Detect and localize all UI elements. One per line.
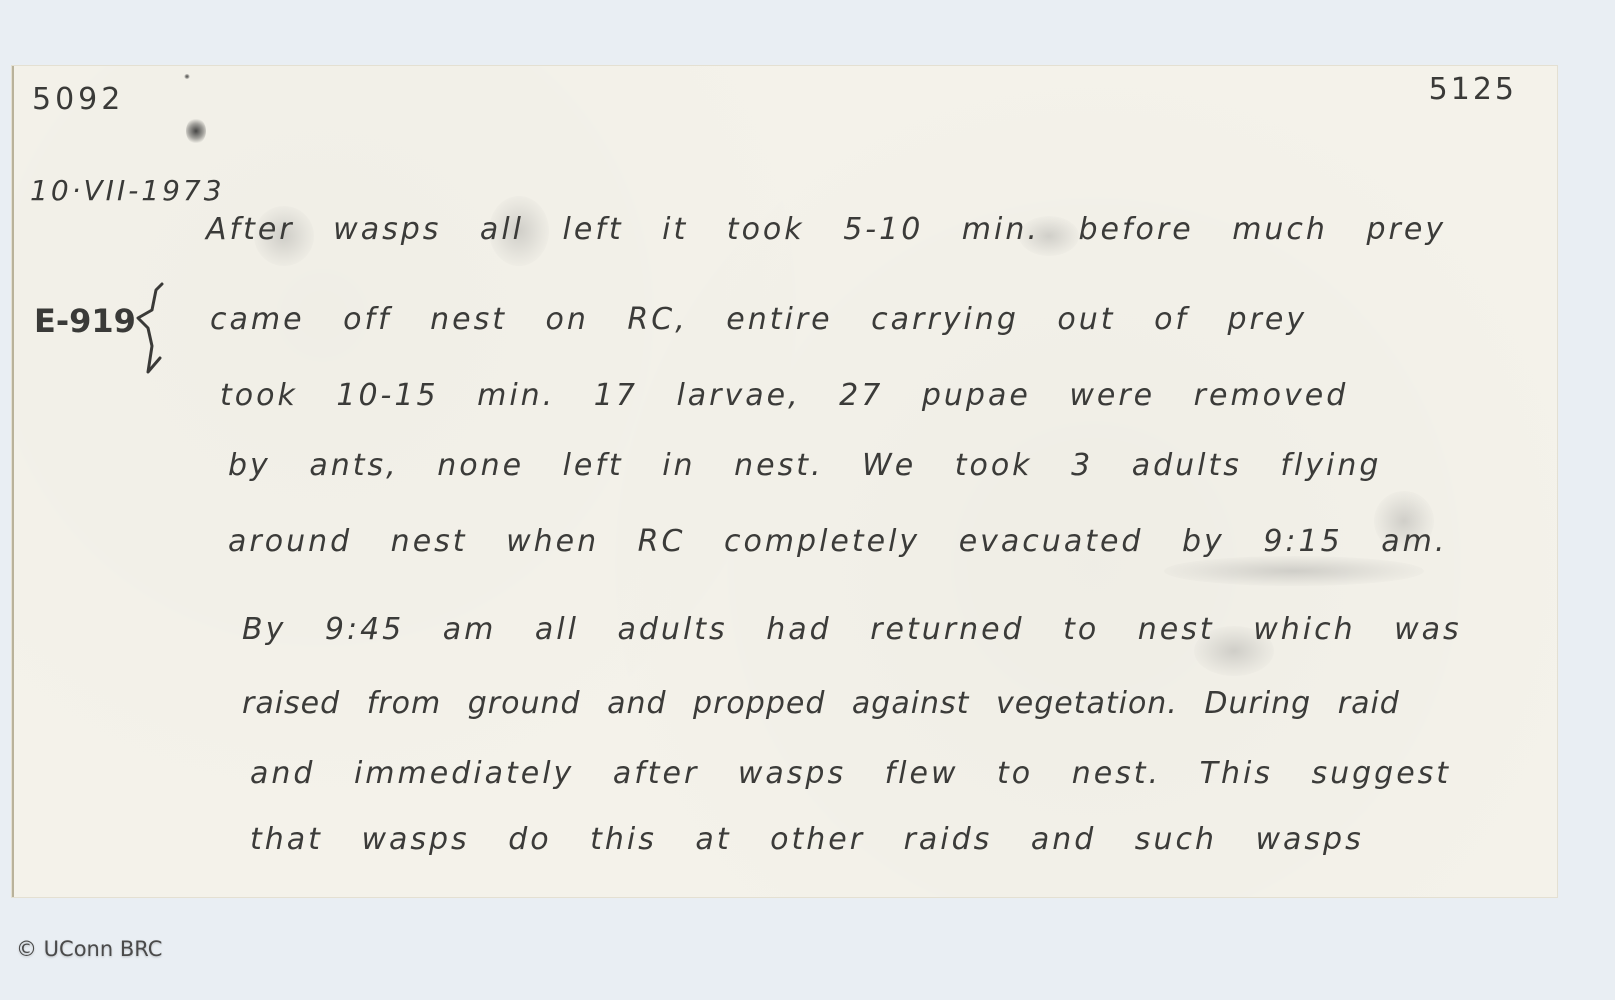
curly-brace-icon [134, 280, 174, 380]
note-line-6: By 9:45 am all adults had returned to ne… [242, 612, 1462, 647]
card-number: 5125 [1429, 72, 1517, 107]
note-line-8: and immediately after wasps flew to nest… [250, 756, 1451, 791]
specimen-field-note-card: 5092 5125 10·VII-1973 E-919 After wasps … [12, 66, 1557, 897]
ink-blot-mark [186, 118, 206, 144]
copyright-notice: © UConn BRC [16, 937, 162, 961]
note-line-7: raised from ground and propped against v… [242, 686, 1400, 721]
note-line-3: took 10-15 min. 17 larvae, 27 pupae were… [220, 378, 1348, 413]
note-line-1: After wasps all left it took 5-10 min. b… [206, 212, 1446, 247]
ink-tick-mark [184, 74, 190, 79]
note-line-9: that wasps do this at other raids and su… [250, 822, 1364, 857]
catalog-number: 5092 [32, 82, 124, 117]
note-line-5: around nest when RC completely evacuated… [228, 524, 1447, 559]
water-stain [1164, 556, 1424, 586]
collection-date: 10·VII-1973 [30, 174, 225, 207]
note-line-4: by ants, none left in nest. We took 3 ad… [228, 448, 1381, 483]
note-line-2: came off nest on RC, entire carrying out… [210, 302, 1307, 337]
specimen-code: E-919 [34, 302, 136, 340]
